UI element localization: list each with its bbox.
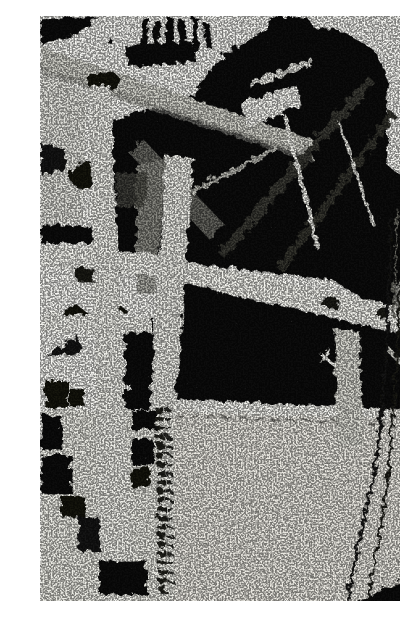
photo-canvas: Grainy black-and-white photograph of a s… — [40, 16, 400, 601]
halftone-photograph: Grainy black-and-white photograph of a s… — [40, 16, 400, 601]
black-grain-overlay — [40, 16, 400, 601]
